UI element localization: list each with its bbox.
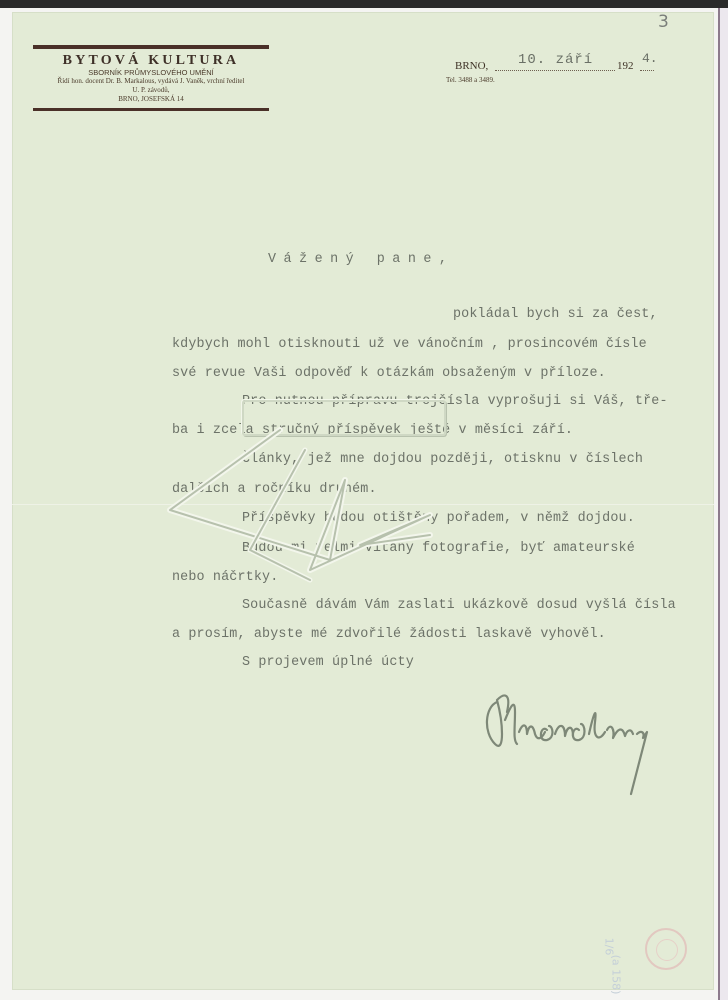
letterhead: BYTOVÁ KULTURA SBORNÍK PRŮMYSLOVÉHO UMĚN… — [32, 45, 270, 111]
letter-line: své revue Vaši odpověď k otázkám obsažen… — [172, 366, 606, 381]
letter-line: S projevem úplné úcty — [242, 655, 414, 670]
dateline-telephone: Tel. 3488 a 3489. — [446, 76, 495, 84]
letterhead-top-rule — [33, 45, 269, 49]
page-number: 3 — [658, 12, 669, 32]
letter-line: a prosím, abyste mé zdvořilé žádosti las… — [172, 627, 606, 642]
letter-line: Současně dávám Vám zaslati ukázkově dosu… — [242, 598, 676, 613]
letter-line: kdybych mohl otisknouti už ve vánočním ,… — [172, 337, 647, 352]
archive-stamp-inner — [656, 939, 678, 961]
letterhead-address: BRNO, JOSEFSKÁ 14 — [32, 95, 270, 104]
embossed-monogram-icon — [130, 420, 490, 600]
letterhead-editors: Řídí hon. docent Dr. B. Markalous, vydáv… — [32, 77, 270, 86]
archive-stamp — [645, 928, 687, 970]
letter-line: pokládal bych si za čest, — [453, 307, 658, 322]
dateline-date: 10. září — [518, 52, 593, 68]
letterhead-bottom-rule — [33, 108, 269, 111]
letter-salutation: Vážený pane, — [268, 252, 454, 267]
letterhead-title: BYTOVÁ KULTURA — [32, 53, 270, 68]
pencil-annotation: (a 158) — [609, 955, 622, 995]
handwritten-signature — [475, 682, 675, 802]
dateline-city: BRNO, — [455, 60, 488, 72]
dateline-year: 4. — [642, 51, 658, 66]
letterhead-subtitle: SBORNÍK PRŮMYSLOVÉHO UMĚNÍ — [32, 68, 270, 77]
scan-top-border — [0, 0, 728, 8]
pencil-annotation: 1/6 — [602, 938, 615, 956]
dateline-year-prefix: 192 — [617, 60, 634, 72]
letterhead-factory: U. P. závodů, — [32, 86, 270, 95]
scan-right-border — [718, 8, 728, 1000]
